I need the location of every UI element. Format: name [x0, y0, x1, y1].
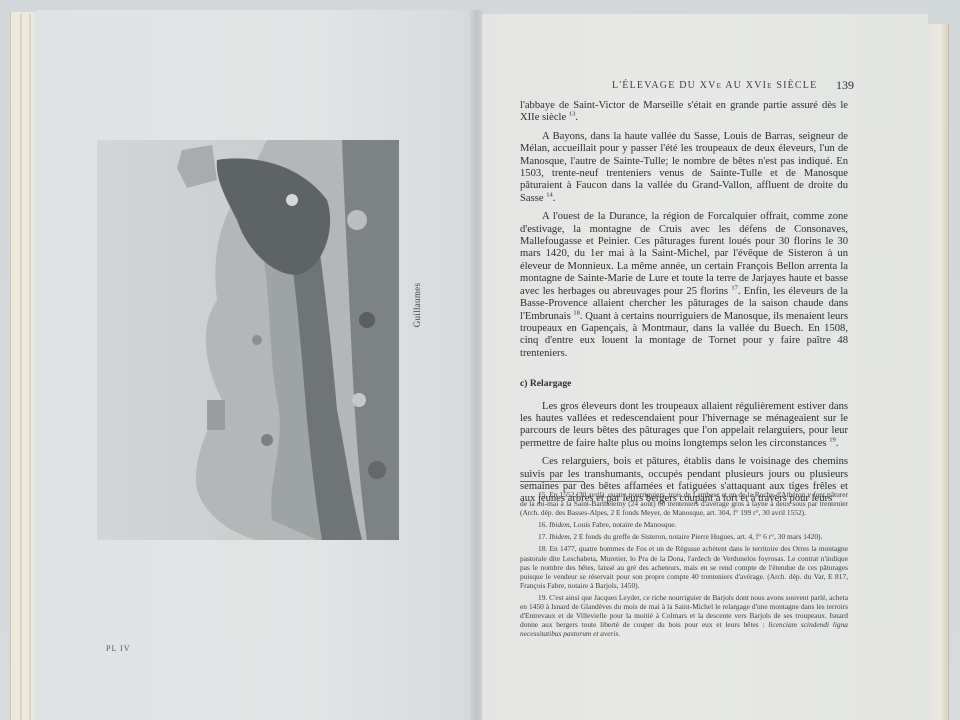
page-number: 139 — [836, 78, 854, 93]
page-edge-line — [29, 14, 31, 720]
paragraph: A l'ouest de la Durance, la région de Fo… — [520, 211, 848, 360]
footnote: 16. Ibidem, Louis Fabre, notaire de Mano… — [520, 520, 848, 529]
photo-caption: Guillaumes — [412, 270, 422, 340]
paragraph: l'abbaye de Saint-Victor de Marseille s'… — [520, 100, 848, 125]
footnote-ref: 13 — [569, 111, 576, 118]
footnote: 15. En 1552 (30 avril), quatre nourrigui… — [520, 490, 848, 517]
footnotes: 15. En 1552 (30 avril), quatre nourrigui… — [520, 490, 848, 641]
footnote-rule — [520, 481, 584, 482]
page-edge-line — [20, 14, 22, 720]
section-heading: c) Relargage — [520, 378, 848, 390]
landscape-photo-image — [97, 140, 399, 540]
paragraph: A Bayons, dans la haute vallée du Sasse,… — [520, 131, 848, 205]
plate-label: PL IV — [106, 644, 130, 653]
body-text: l'abbaye de Saint-Victor de Marseille s'… — [520, 100, 848, 512]
footnote-ref: 14 — [546, 191, 553, 198]
running-head: L'ÉLEVAGE DU XVe AU XVIe SIÈCLE — [612, 80, 817, 91]
footnote: 17. Ibidem, 2 E fonds du greffe de Siste… — [520, 532, 848, 541]
footnote: 18. En 1477, quatre hommes de Fos et un … — [520, 544, 848, 589]
right-page-stack-edge — [928, 24, 949, 720]
plate-photograph — [97, 140, 399, 540]
open-book-photo: Guillaumes PL IV L'ÉLEVAGE DU XVe AU XVI… — [0, 0, 960, 720]
footnote: 19. C'est ainsi que Jacques Leydet, ce r… — [520, 593, 848, 638]
footnote-ref: 19 — [829, 436, 836, 443]
paragraph: Les gros éleveurs dont les troupeaux all… — [520, 401, 848, 451]
